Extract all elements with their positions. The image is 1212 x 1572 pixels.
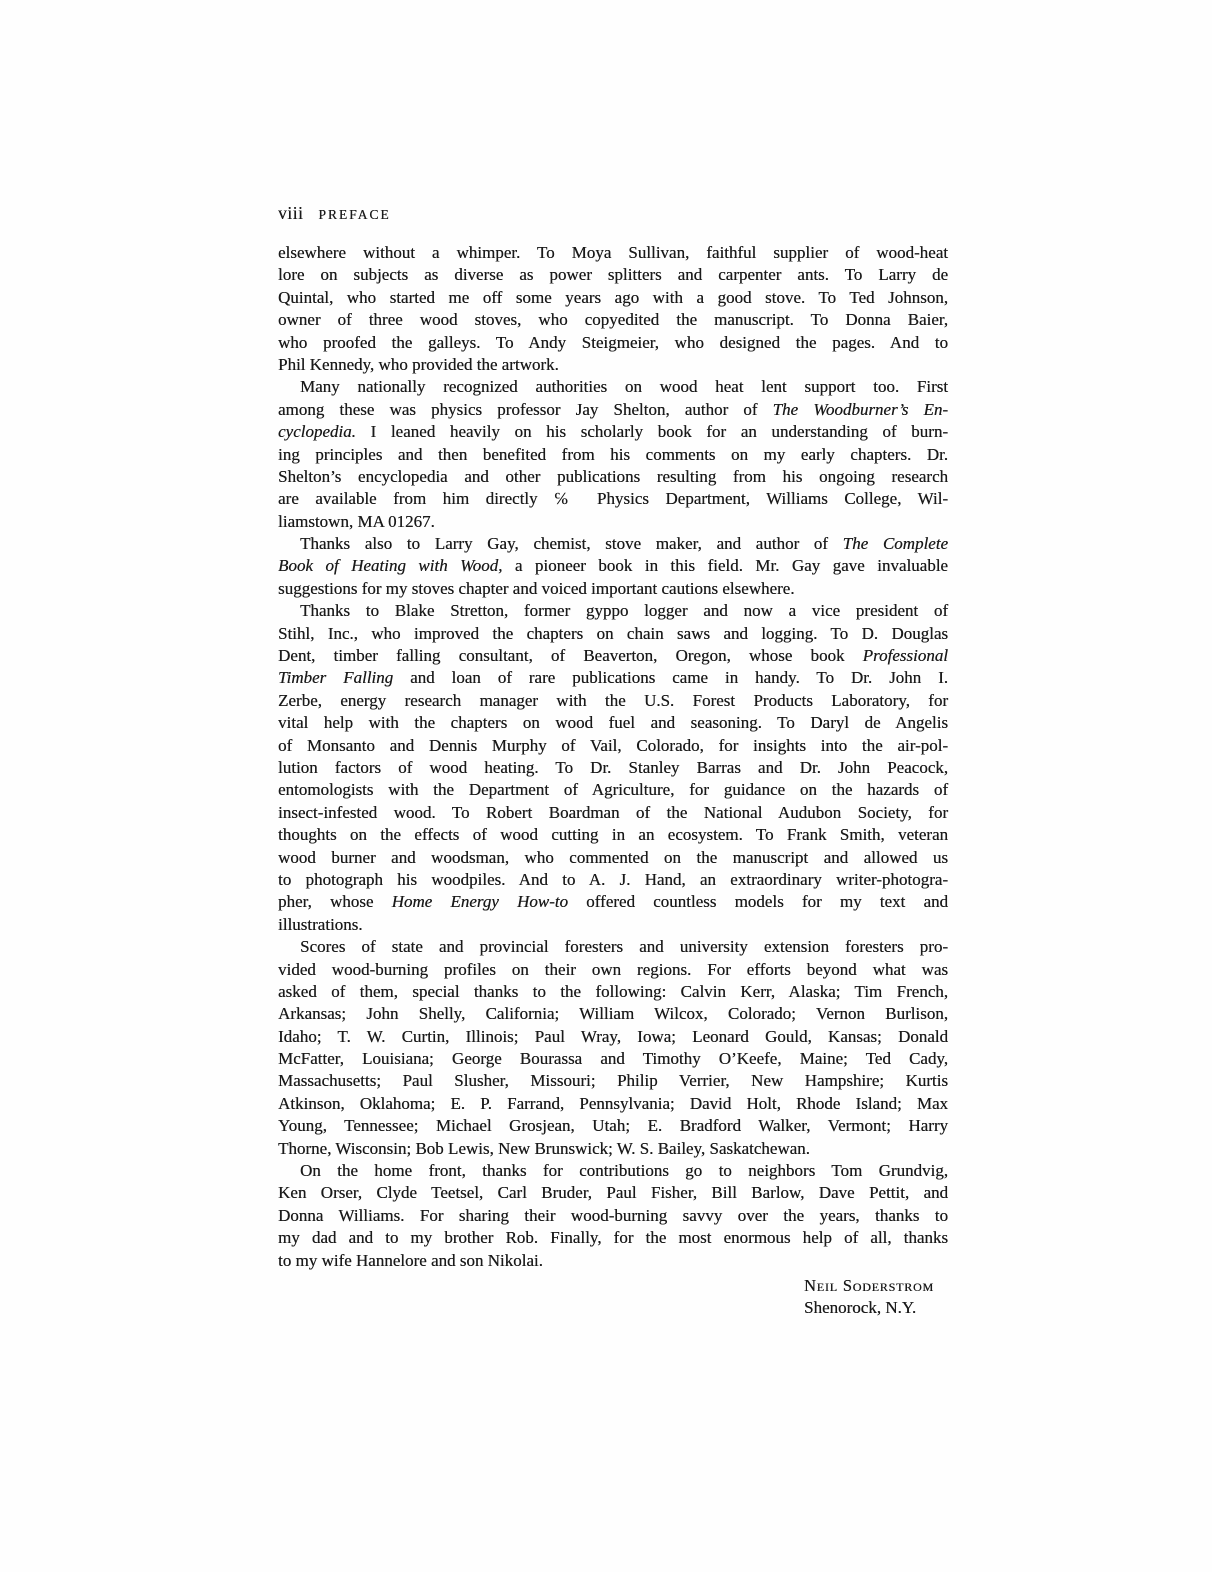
text-line: McFatter, Louisiana; George Bourassa and… <box>278 1048 948 1070</box>
text-line: to my wife Hannelore and son Nikolai. <box>278 1250 948 1272</box>
text-line: to photograph his woodpiles. And to A. J… <box>278 869 948 891</box>
preface-body-text: elsewhere without a whimper. To Moya Sul… <box>278 242 948 1272</box>
author-name: Neil Soderstrom <box>804 1276 934 1296</box>
page-number: viii <box>278 203 303 224</box>
paragraph-5: Scores of state and provincial foresters… <box>278 936 948 1160</box>
text-line: Thanks to Blake Stretton, former gyppo l… <box>278 600 948 622</box>
paragraph-1: elsewhere without a whimper. To Moya Sul… <box>278 242 948 376</box>
text-line: Shelton’s encyclopedia and other publica… <box>278 466 948 488</box>
running-head: viii PREFACE <box>278 203 391 224</box>
text-line: Arkansas; John Shelly, California; Willi… <box>278 1003 948 1025</box>
text-line: cyclopedia. I leaned heavily on his scho… <box>278 421 948 443</box>
text-line: Dent, timber falling consultant, of Beav… <box>278 645 948 667</box>
text-line: Quintal, who started me off some years a… <box>278 287 948 309</box>
text-line: who proofed the galleys. To Andy Steigme… <box>278 332 948 354</box>
text-line: wood burner and woodsman, who commented … <box>278 847 948 869</box>
paragraph-6: On the home front, thanks for contributi… <box>278 1160 948 1272</box>
text-line: Book of Heating with Wood, a pioneer boo… <box>278 555 948 577</box>
text-line: Zerbe, energy research manager with the … <box>278 690 948 712</box>
text-line: Scores of state and provincial foresters… <box>278 936 948 958</box>
text-line: lore on subjects as diverse as power spl… <box>278 264 948 286</box>
text-line: asked of them, special thanks to the fol… <box>278 981 948 1003</box>
paragraph-2: Many nationally recognized authorities o… <box>278 376 948 533</box>
text-line: Thanks also to Larry Gay, chemist, stove… <box>278 533 948 555</box>
text-line: suggestions for my stoves chapter and vo… <box>278 578 948 600</box>
text-line: owner of three wood stoves, who copyedit… <box>278 309 948 331</box>
text-line: illustrations. <box>278 914 948 936</box>
text-line: liamstown, MA 01267. <box>278 511 948 533</box>
text-line: of Monsanto and Dennis Murphy of Vail, C… <box>278 735 948 757</box>
text-line: ing principles and then benefited from h… <box>278 444 948 466</box>
text-line: Atkinson, Oklahoma; E. P. Farrand, Penns… <box>278 1093 948 1115</box>
text-line: Timber Falling and loan of rare publicat… <box>278 667 948 689</box>
chapter-running-title: PREFACE <box>318 207 390 223</box>
text-line: Thorne, Wisconsin; Bob Lewis, New Brunsw… <box>278 1138 948 1160</box>
author-signature-block: Neil Soderstrom Shenorock, N.Y. <box>804 1276 934 1318</box>
text-line: vided wood-burning profiles on their own… <box>278 959 948 981</box>
paragraph-4: Thanks to Blake Stretton, former gyppo l… <box>278 600 948 936</box>
paragraph-3: Thanks also to Larry Gay, chemist, stove… <box>278 533 948 600</box>
text-line: Ken Orser, Clyde Teetsel, Carl Bruder, P… <box>278 1182 948 1204</box>
text-line: Idaho; T. W. Curtin, Illinois; Paul Wray… <box>278 1026 948 1048</box>
text-line: vital help with the chapters on wood fue… <box>278 712 948 734</box>
text-line: Donna Williams. For sharing their wood-b… <box>278 1205 948 1227</box>
text-line: insect-infested wood. To Robert Boardman… <box>278 802 948 824</box>
text-line: thoughts on the effects of wood cutting … <box>278 824 948 846</box>
text-line: Young, Tennessee; Michael Grosjean, Utah… <box>278 1115 948 1137</box>
text-line: pher, whose Home Energy How-to offered c… <box>278 891 948 913</box>
text-line: On the home front, thanks for contributi… <box>278 1160 948 1182</box>
text-line: Phil Kennedy, who provided the artwork. <box>278 354 948 376</box>
author-location: Shenorock, N.Y. <box>804 1298 934 1318</box>
text-line: elsewhere without a whimper. To Moya Sul… <box>278 242 948 264</box>
text-line: entomologists with the Department of Agr… <box>278 779 948 801</box>
book-page: viii PREFACE elsewhere without a whimper… <box>0 0 1212 1572</box>
text-line: my dad and to my brother Rob. Finally, f… <box>278 1227 948 1249</box>
text-line: Massachusetts; Paul Slusher, Missouri; P… <box>278 1070 948 1092</box>
text-line: among these was physics professor Jay Sh… <box>278 399 948 421</box>
text-line: are available from him directly ℅ Physic… <box>278 488 948 510</box>
text-line: Stihl, Inc., who improved the chapters o… <box>278 623 948 645</box>
text-line: lution factors of wood heating. To Dr. S… <box>278 757 948 779</box>
text-line: Many nationally recognized authorities o… <box>278 376 948 398</box>
